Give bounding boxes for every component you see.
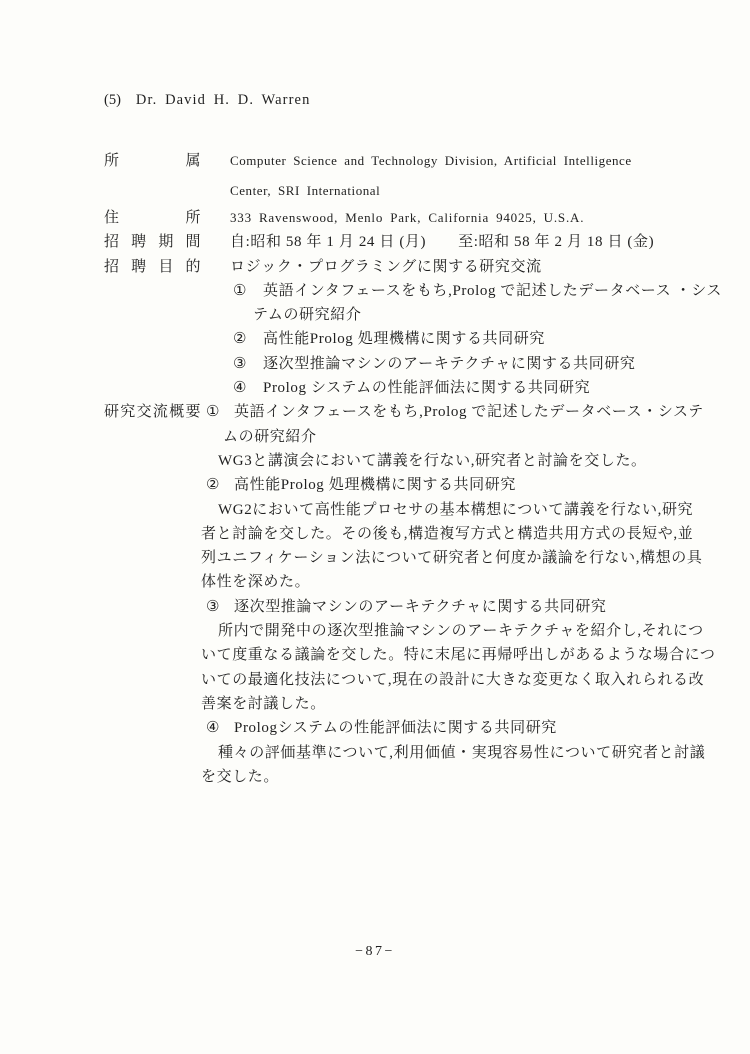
- overview-item-3-title: 逐次型推論マシンのアーキテクチャに関する共同研究: [234, 599, 607, 615]
- purpose-item-1-wrap: テムの研究紹介: [230, 303, 720, 327]
- entry-name: Dr. David H. D. Warren: [136, 92, 311, 108]
- field-overview: 研究交流概要 ①英語インタフェースをもち,Prolog で記述したデータベース・…: [104, 400, 720, 789]
- field-label-purpose: 招聘目的: [104, 255, 201, 279]
- period-from: 自:昭和 58 年 1 月 24 日 (月): [230, 234, 426, 250]
- address-line: 333 Ravenswood, Menlo Park, California 9…: [230, 206, 720, 230]
- overview-item-3-para: 善案を討議した。: [201, 692, 720, 716]
- affiliation-line-1: Computer Science and Technology Division…: [230, 146, 720, 176]
- circled-number-2: ②: [233, 327, 250, 351]
- overview-item-3: ③逐次型推論マシンのアーキテクチャに関する共同研究: [201, 595, 720, 619]
- overview-item-1-title: 英語インタフェースをもち,Prolog で記述したデータベース・システ: [234, 404, 704, 420]
- overview-item-2: ②高性能Prolog 処理機構に関する共同研究: [201, 473, 720, 497]
- circled-number-1: ①: [233, 279, 250, 303]
- purpose-item-4: ④Prolog システムの性能評価法に関する共同研究: [230, 376, 720, 400]
- document-body: (5)Dr. David H. D. Warren 所属 Computer Sc…: [104, 0, 720, 789]
- overview-item-4-para: を交した。: [201, 765, 720, 789]
- field-address: 住所 333 Ravenswood, Menlo Park, Californi…: [104, 206, 720, 230]
- scanned-document-page: (5)Dr. David H. D. Warren 所属 Computer Sc…: [0, 0, 750, 1054]
- period-line: 自:昭和 58 年 1 月 24 日 (月)至:昭和 58 年 2 月 18 日…: [230, 230, 720, 254]
- purpose-item-3-text: 逐次型推論マシンのアーキテクチャに関する共同研究: [263, 356, 636, 372]
- page-number: −87−: [0, 944, 750, 960]
- overview-item-2-para: 列ユニフィケーション法について研究者と何度か議論を行ない,構想の具: [201, 546, 720, 570]
- overview-item-2-para: 者と討論を交した。その後も,構造複写方式と構造共用方式の長短や,並: [201, 522, 720, 546]
- purpose-item-3: ③逐次型推論マシンのアーキテクチャに関する共同研究: [230, 352, 720, 376]
- period-content: 自:昭和 58 年 1 月 24 日 (月)至:昭和 58 年 2 月 18 日…: [230, 230, 720, 254]
- entry-header: (5)Dr. David H. D. Warren: [104, 0, 720, 109]
- overview-item-3-para: いての最適化技法について,現在の設計に大きな変更なく取入れられる改: [201, 668, 720, 692]
- overview-item-4-para: 種々の評価基準について,利用価値・実現容易性について研究者と討議: [201, 741, 720, 765]
- overview-item-1: ①英語インタフェースをもち,Prolog で記述したデータベース・システ: [201, 400, 720, 424]
- overview-item-1-para: WG3と講演会において講義を行ない,研究者と討論を交した。: [201, 449, 720, 473]
- purpose-item-4-text: Prolog システムの性能評価法に関する共同研究: [263, 380, 590, 396]
- overview-item-3-para: 所内で開発中の逐次型推論マシンのアーキテクチャを紹介し,それにつ: [201, 619, 720, 643]
- period-to: 至:昭和 58 年 2 月 18 日 (金): [458, 234, 654, 250]
- entry-number: (5): [104, 92, 121, 108]
- overview-item-2-para: 体性を深めた。: [201, 570, 720, 594]
- circled-number-3: ③: [206, 595, 223, 619]
- purpose-item-2-text: 高性能Prolog 処理機構に関する共同研究: [263, 331, 545, 347]
- address-content: 333 Ravenswood, Menlo Park, California 9…: [230, 206, 720, 230]
- circled-number-3: ③: [233, 352, 250, 376]
- purpose-item-1-text: 英語インタフェースをもち,Prolog で記述したデータベース ・シス: [263, 283, 722, 299]
- affiliation-content: Computer Science and Technology Division…: [230, 146, 720, 206]
- field-label-address: 住所: [104, 206, 201, 230]
- overview-item-2-title: 高性能Prolog 処理機構に関する共同研究: [234, 477, 516, 493]
- circled-number-2: ②: [206, 473, 223, 497]
- overview-item-4-title: Prologシステムの性能評価法に関する共同研究: [234, 720, 557, 736]
- field-invitation-purpose: 招聘目的 ロジック・プログラミングに関する研究交流 ①英語インタフェースをもち,…: [104, 255, 720, 401]
- purpose-item-1: ①英語インタフェースをもち,Prolog で記述したデータベース ・シス: [230, 279, 720, 303]
- overview-item-2-para: WG2において高性能プロセサの基本構想について講義を行ない,研究: [201, 498, 720, 522]
- overview-item-1-title-wrap: ムの研究紹介: [201, 425, 720, 449]
- circled-number-1: ①: [206, 400, 223, 424]
- overview-item-4: ④Prologシステムの性能評価法に関する共同研究: [201, 716, 720, 740]
- field-label-period: 招聘期間: [104, 230, 201, 254]
- affiliation-line-2: Center, SRI International: [230, 176, 720, 206]
- overview-item-3-para: いて度重なる議論を交した。特に末尾に再帰呼出しがあるような場合につ: [201, 643, 720, 667]
- field-label-affiliation: 所属: [104, 146, 201, 176]
- circled-number-4: ④: [233, 376, 250, 400]
- purpose-content: ロジック・プログラミングに関する研究交流 ①英語インタフェースをもち,Prolo…: [230, 255, 720, 401]
- circled-number-4: ④: [206, 716, 223, 740]
- field-affiliation: 所属 Computer Science and Technology Divis…: [104, 146, 720, 206]
- purpose-intro: ロジック・プログラミングに関する研究交流: [230, 255, 720, 279]
- overview-content: ①英語インタフェースをもち,Prolog で記述したデータベース・システ ムの研…: [201, 400, 720, 789]
- field-invitation-period: 招聘期間 自:昭和 58 年 1 月 24 日 (月)至:昭和 58 年 2 月…: [104, 230, 720, 254]
- field-label-overview: 研究交流概要: [104, 400, 201, 424]
- purpose-item-2: ②高性能Prolog 処理機構に関する共同研究: [230, 327, 720, 351]
